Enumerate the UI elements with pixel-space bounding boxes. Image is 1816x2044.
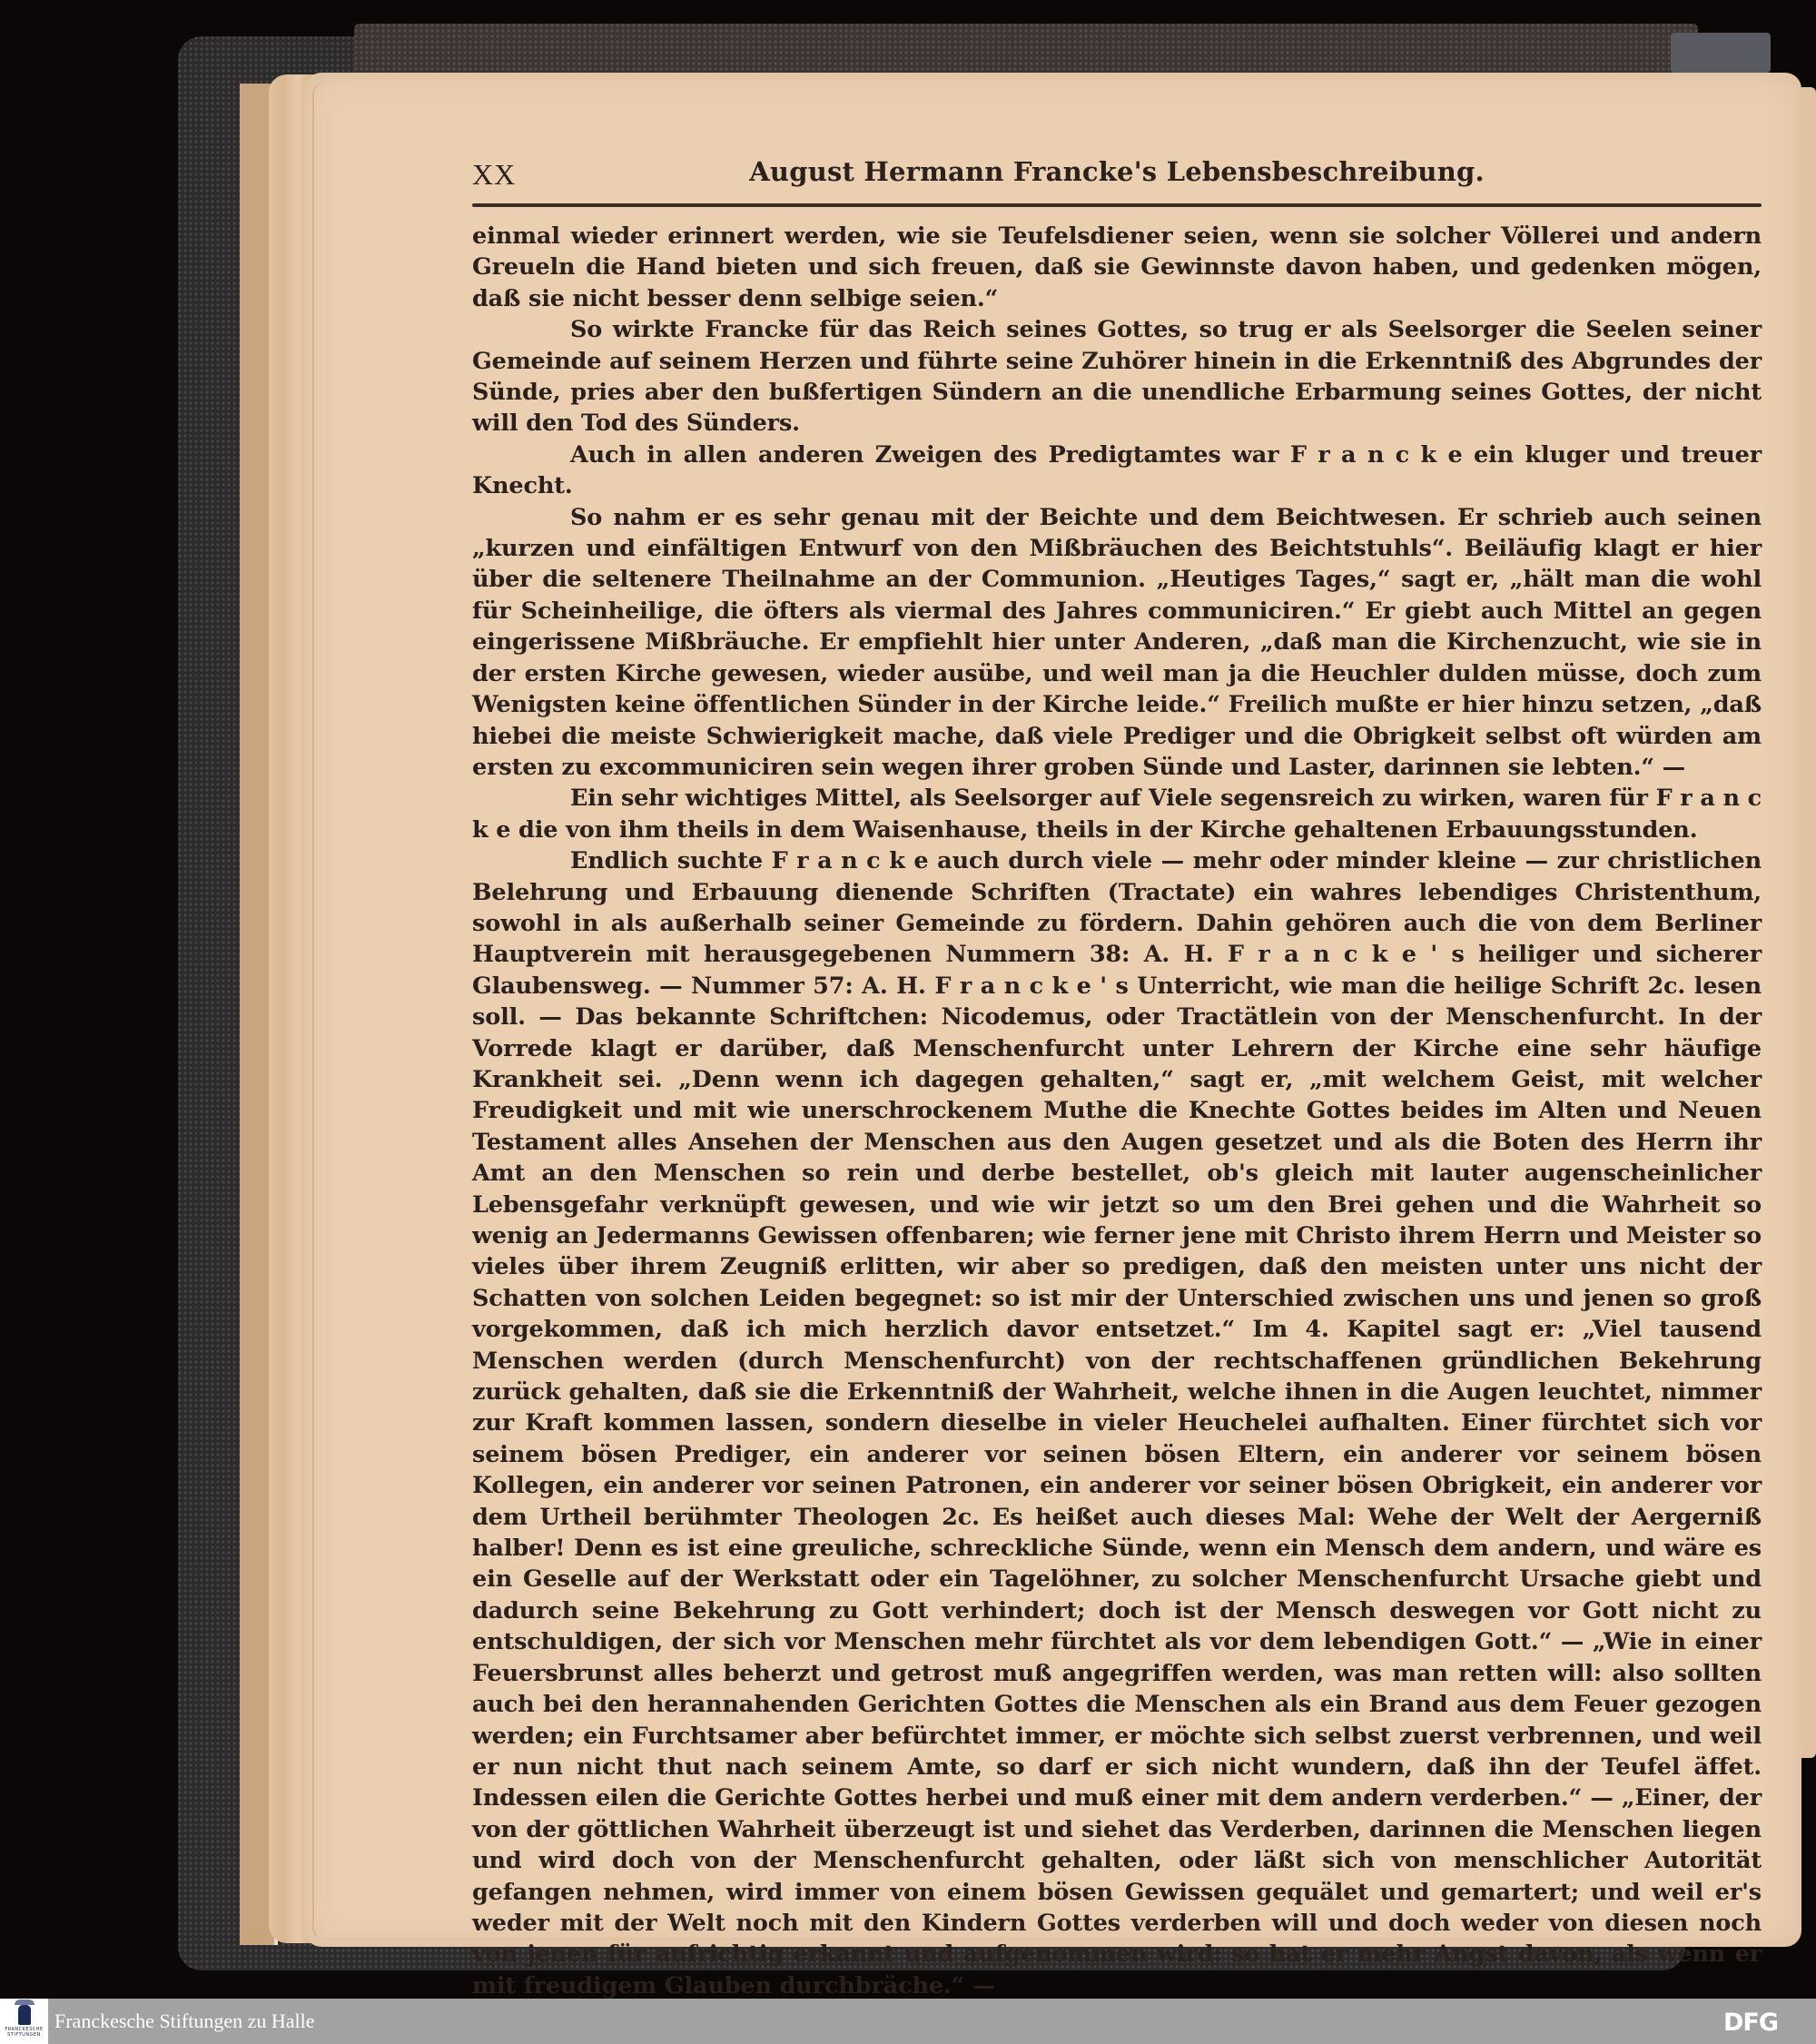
book-cover-top-edge — [354, 24, 1698, 74]
viewer-footer-bar: FRANCKESCHE STIFTUNGEN Franckesche Stift… — [0, 1999, 1816, 2044]
dfg-logo[interactable]: DFG — [1723, 2009, 1778, 2037]
paragraph: einmal wieder erinnert werden, wie sie T… — [472, 221, 1762, 314]
body-text: einmal wieder erinnert werden, wie sie T… — [472, 221, 1762, 2001]
running-head: XX August Hermann Francke's Lebensbeschr… — [472, 153, 1762, 198]
paragraph: Ein sehr wichtiges Mittel, als Seelsorge… — [472, 783, 1762, 845]
next-page-edge — [1801, 87, 1816, 1758]
paragraph: Endlich suchte F r a n c k e auch durch … — [472, 845, 1762, 2001]
book-cover-worn-corner — [1671, 33, 1771, 73]
page-text-block: XX August Hermann Francke's Lebensbeschr… — [472, 153, 1762, 2001]
paragraph: Auch in allen anderen Zweigen des Predig… — [472, 439, 1762, 502]
running-head-title: August Hermann Francke's Lebensbeschreib… — [472, 156, 1762, 187]
founder-statue-icon — [18, 2005, 31, 2025]
logo-caption: FRANCKESCHE STIFTUNGEN — [5, 2027, 43, 2038]
header-rule — [472, 203, 1762, 207]
paragraph: So wirkte Francke für das Reich seines G… — [472, 314, 1762, 439]
paragraph: So nahm er es sehr genau mit der Beichte… — [472, 502, 1762, 784]
institution-name: Franckesche Stiftungen zu Halle — [54, 2009, 315, 2033]
franckesche-stiftungen-logo[interactable]: FRANCKESCHE STIFTUNGEN — [0, 1999, 48, 2044]
